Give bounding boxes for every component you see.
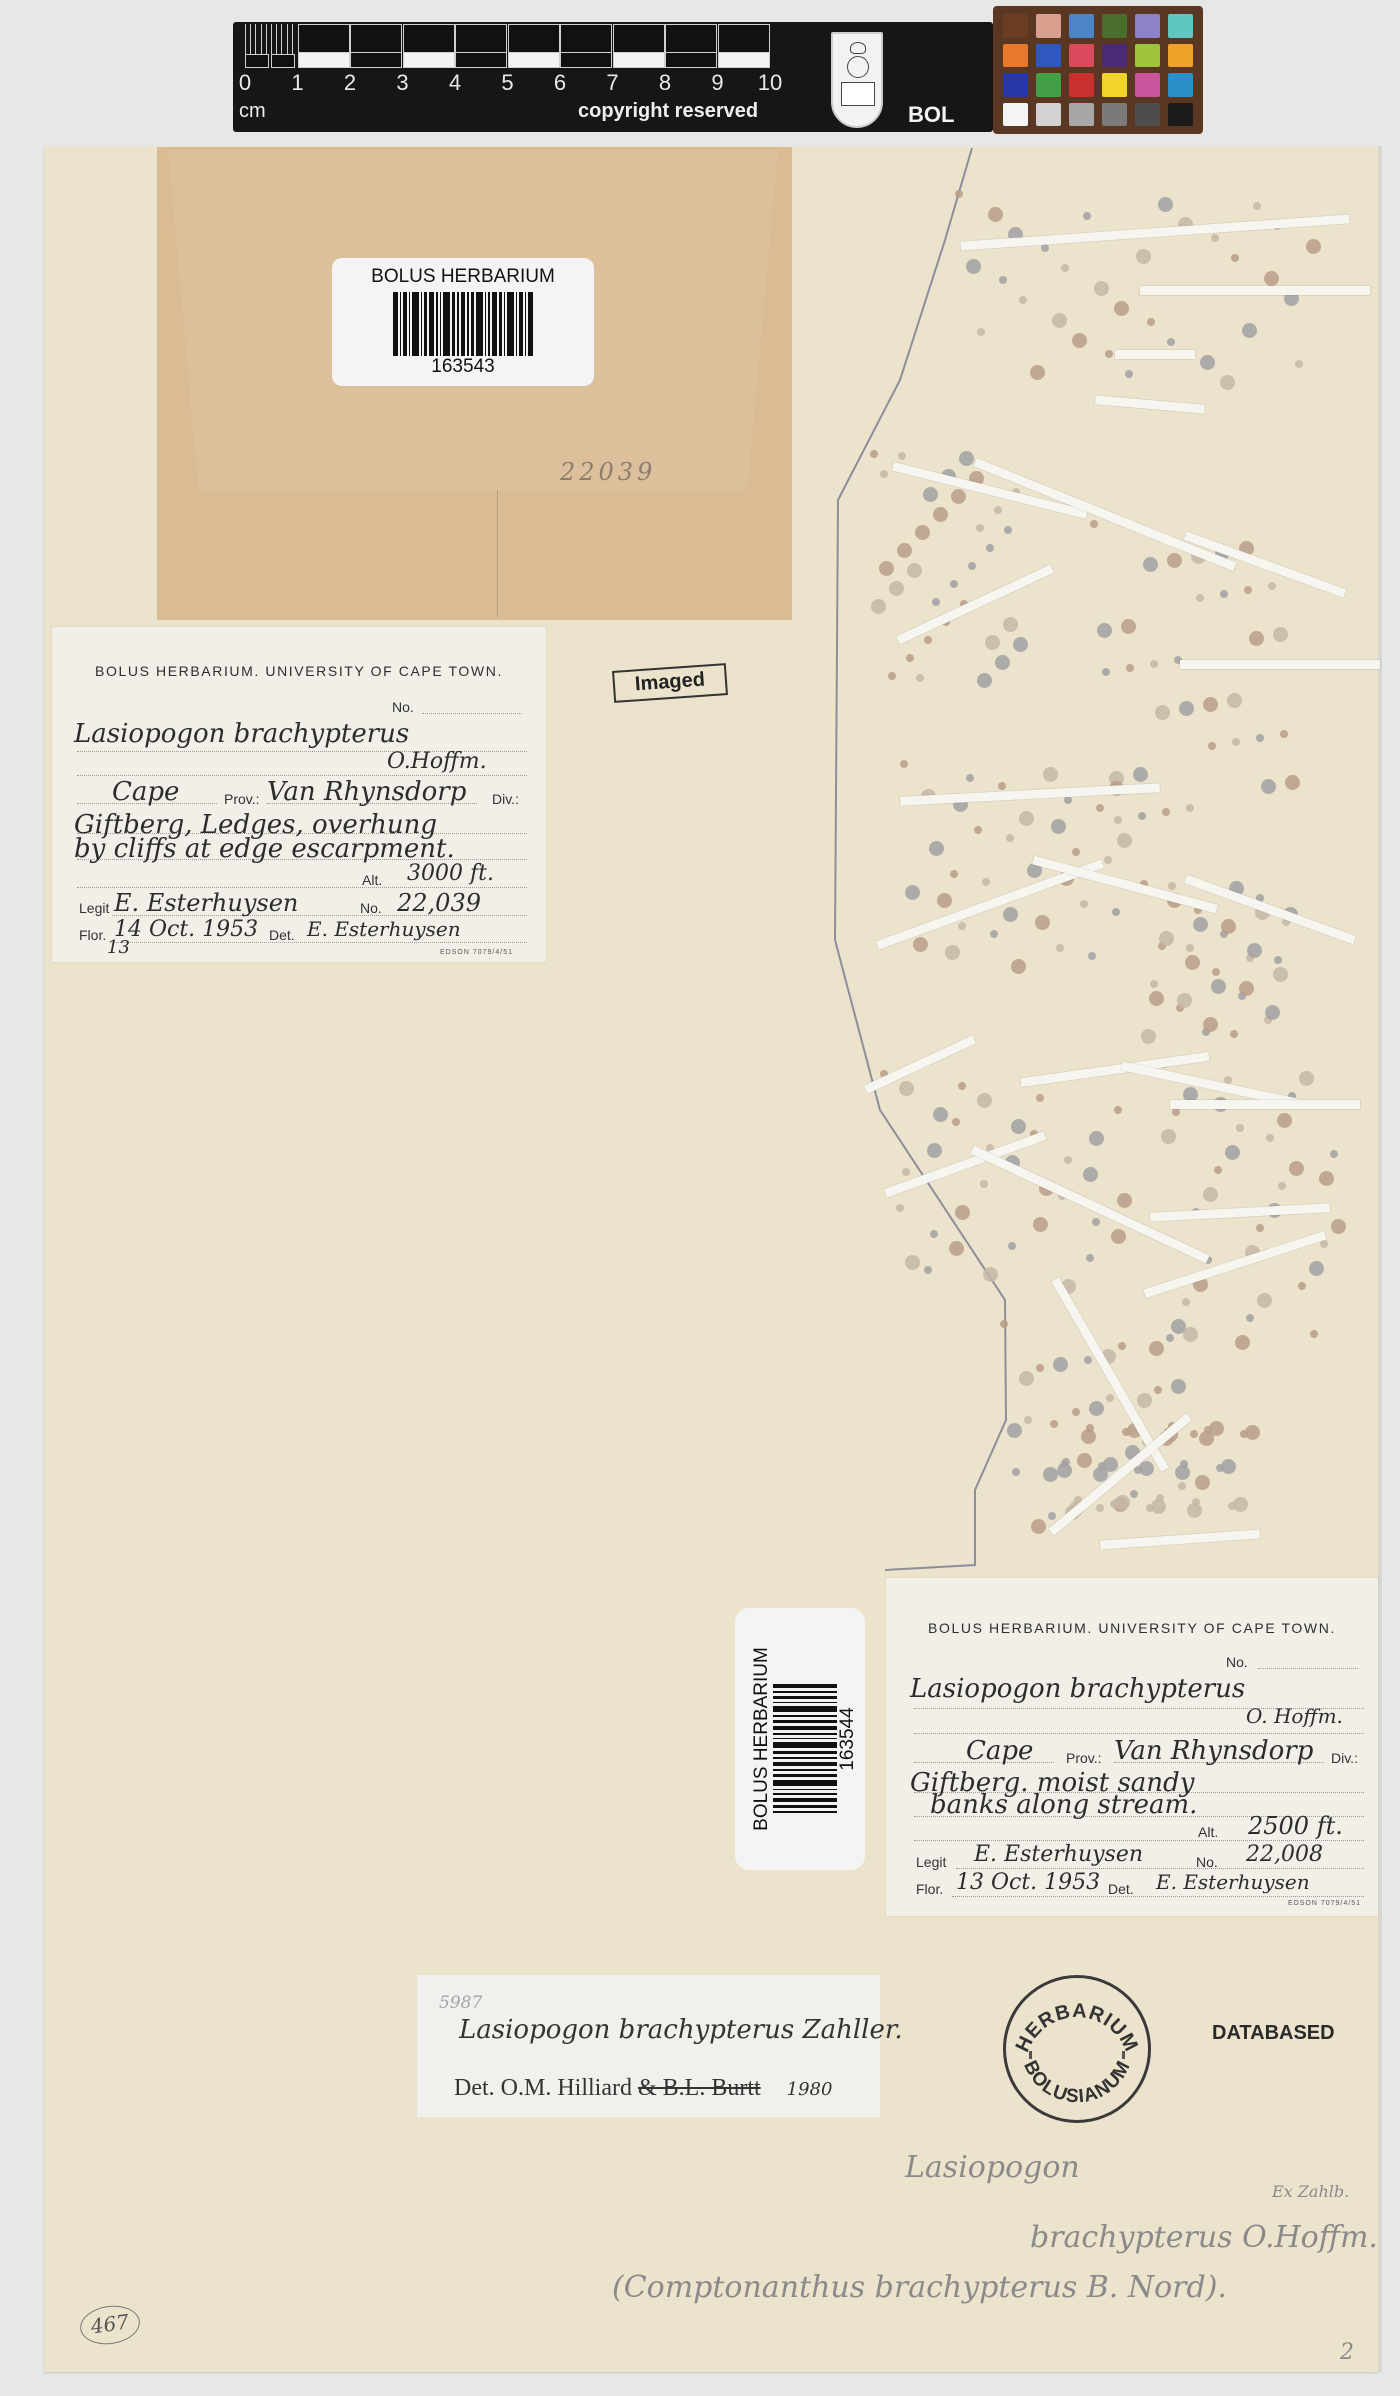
mounting-strap — [1095, 395, 1205, 414]
label-header: BOLUS HERBARIUM. UNIVERSITY OF CAPE TOWN… — [886, 1620, 1378, 1636]
det-line: Det. O.M. Hilliard & B.L. Burtt 1980 — [454, 2075, 832, 2102]
mounting-strap — [1100, 1529, 1260, 1549]
mounting-strap — [1140, 286, 1370, 295]
field-legit: Legit — [916, 1854, 946, 1870]
field-no: No. — [1226, 1654, 1248, 1670]
division-value: Van Rhynsdorp — [1114, 1736, 1313, 1766]
species-author: O. Hoffm. — [1246, 1704, 1343, 1728]
mounting-strap — [1150, 1203, 1330, 1221]
det-struck-name: & B.L. Burtt — [638, 2075, 761, 2101]
mounting-strap — [1184, 531, 1347, 598]
pencil-page-number: 2 — [1340, 2340, 1354, 2365]
mounting-strap — [896, 564, 1054, 644]
field-det: Det. — [1108, 1881, 1134, 1897]
field-alt: Alt. — [1198, 1824, 1218, 1840]
altitude-value: 2500 ft. — [1248, 1812, 1343, 1840]
province-value: Cape — [966, 1736, 1033, 1766]
collector-value: E. Esterhuysen — [974, 1842, 1143, 1867]
pencil-ex: Ex Zahlb. — [1272, 2182, 1349, 2201]
field-flor: Flor. — [916, 1881, 943, 1897]
mounting-strap — [1115, 350, 1195, 359]
species-name: Lasiopogon brachypterus — [910, 1674, 1245, 1704]
herbarium-bolusianum-stamp: HERBARIUM BOLUSIANUM — [1003, 1975, 1151, 2123]
barcode-number: 163544 — [837, 1684, 859, 1794]
mounting-strap — [974, 458, 1237, 571]
field-prov: Prov.: — [1066, 1750, 1102, 1766]
svg-text:BOLUSIANUM: BOLUSIANUM — [1019, 2057, 1135, 2107]
det-reference-number: 5987 — [439, 1993, 482, 2013]
determiner-value: E. Esterhuysen — [1156, 1870, 1310, 1894]
pencil-genus: Lasiopogon — [905, 2150, 1080, 2185]
mounting-strap — [1170, 1100, 1360, 1109]
pencil-synonym: (Comptonanthus brachypterus B. Nord). — [612, 2270, 1227, 2305]
barcode-label-sheet: BOLUS HERBARIUM 163544 — [735, 1608, 865, 1870]
barcode-title: BOLUS HERBARIUM — [751, 1634, 773, 1844]
pencil-species: brachypterus O.Hoffm. — [1030, 2220, 1378, 2255]
collection-label-bottom: BOLUS HERBARIUM. UNIVERSITY OF CAPE TOWN… — [886, 1578, 1378, 1916]
locality-line-2: banks along stream. — [930, 1790, 1197, 1820]
det-species-name: Lasiopogon brachypterus Zahller. — [459, 2015, 903, 2045]
field-div: Div.: — [1331, 1750, 1358, 1766]
printer-imprint: EDSON 7079/4/51 — [1288, 1900, 1361, 1907]
flowering-date-value: 13 Oct. 1953 — [956, 1870, 1100, 1895]
mounting-strap — [970, 1145, 1209, 1263]
mounting-strap — [884, 1131, 1047, 1198]
determination-slip: 5987 Lasiopogon brachypterus Zahller. De… — [417, 1975, 880, 2117]
det-year: 1980 — [787, 2079, 833, 2100]
mounting-strap — [1180, 660, 1380, 669]
databased-stamp: DATABASED — [1212, 2022, 1335, 2045]
collector-number-value: 22,008 — [1246, 1842, 1323, 1867]
barcode-icon — [773, 1658, 837, 1838]
mounting-strap — [900, 783, 1160, 806]
det-determiner: Det. O.M. Hilliard — [454, 2075, 632, 2101]
svg-text:HERBARIUM: HERBARIUM — [1012, 2000, 1143, 2056]
